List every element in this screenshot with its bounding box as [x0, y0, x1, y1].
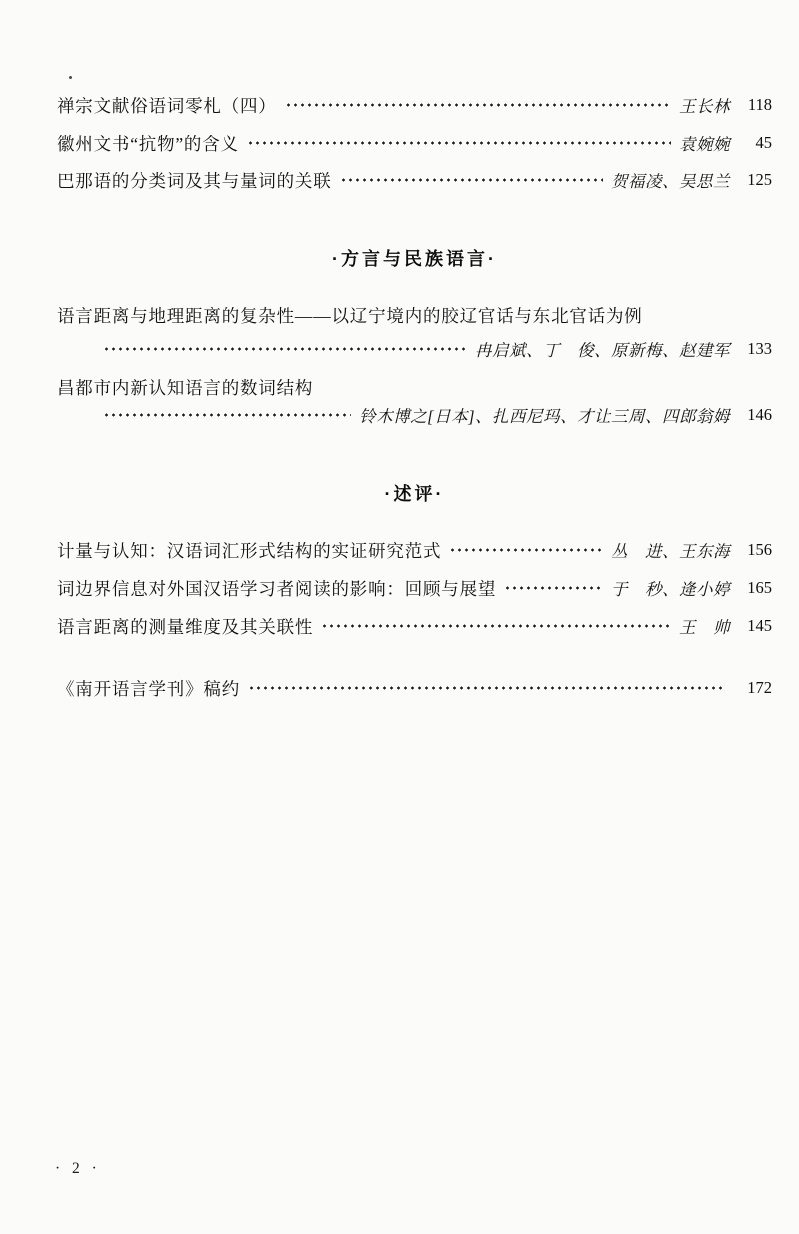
toc-page: 禅宗文献俗语词零札（四） 王长林 118 徽州文书“抗物”的含义 袁婉婉 45 …: [0, 0, 799, 1234]
leader-dots: [504, 576, 603, 600]
toc-item-title: 巴那语的分类词及其与量词的关联: [57, 168, 332, 193]
toc-item-title: 徽州文书“抗物”的含义: [57, 131, 239, 156]
toc-item: 词边界信息对外国汉语学习者阅读的影响：回顾与展望 于 秒、逄小婷 165: [57, 576, 772, 600]
toc-item-authors: 袁婉婉: [679, 131, 730, 155]
toc-item-title: 语言距离与地理距离的复杂性——以辽宁境内的胶辽官话与东北官话为例: [57, 303, 643, 328]
toc-item-authors: 王 帅: [679, 614, 730, 638]
toc-item-authors: 于 秒、逄小婷: [611, 576, 730, 600]
toc-item-page: 118: [730, 95, 772, 115]
leader-dots: [103, 403, 351, 427]
toc-item-page: 172: [730, 678, 772, 698]
toc-item: 巴那语的分类词及其与量词的关联 贺福凌、吴思兰 125: [57, 168, 772, 192]
toc-item: 《南开语言学刊》稿约 172: [57, 676, 772, 700]
page-number-footer: · 2 ·: [55, 1160, 101, 1178]
toc-item-page: 133: [730, 339, 772, 359]
toc-item-page: 156: [730, 540, 772, 560]
toc-item-title: 计量与认知：汉语词汇形式结构的实证研究范式: [57, 538, 441, 563]
toc-item-title: 语言距离的测量维度及其关联性: [57, 614, 313, 639]
toc-item: 计量与认知：汉语词汇形式结构的实证研究范式 丛 进、王东海 156: [57, 538, 772, 562]
toc-item-authors: 铃木博之[日本]、扎西尼玛、才让三周、四郎翁姆: [359, 403, 730, 427]
toc-item: 语言距离与地理距离的复杂性——以辽宁境内的胶辽官话与东北官话为例 冉启斌、丁 俊…: [57, 303, 772, 361]
toc-item-authors: 丛 进、王东海: [611, 538, 730, 562]
toc-content: 禅宗文献俗语词零札（四） 王长林 118 徽州文书“抗物”的含义 袁婉婉 45 …: [57, 0, 772, 700]
leader-dots: [103, 337, 467, 361]
section-header-reviews: ·述评·: [57, 481, 772, 507]
leader-dots: [248, 676, 722, 700]
toc-item: 语言距离的测量维度及其关联性 王 帅 145: [57, 614, 772, 638]
toc-item-title: 禅宗文献俗语词零札（四）: [57, 93, 277, 118]
toc-item-page: 145: [730, 616, 772, 636]
leader-dots: [247, 131, 671, 155]
toc-item: 昌都市内新认知语言的数词结构 铃木博之[日本]、扎西尼玛、才让三周、四郎翁姆 1…: [57, 375, 772, 427]
toc-item-page: 125: [730, 170, 772, 190]
toc-item-page: 45: [730, 133, 772, 153]
leader-dots: [285, 93, 671, 117]
leader-dots: [321, 614, 671, 638]
toc-item-title: 昌都市内新认知语言的数词结构: [57, 375, 313, 400]
toc-item-title: 《南开语言学刊》稿约: [57, 676, 240, 701]
leader-dots: [340, 168, 604, 192]
toc-item-page: 165: [730, 578, 772, 598]
toc-item: 禅宗文献俗语词零札（四） 王长林 118: [57, 93, 772, 117]
toc-item-title: 词边界信息对外国汉语学习者阅读的影响：回顾与展望: [57, 576, 496, 601]
toc-item-authors: 冉启斌、丁 俊、原新梅、赵建军: [475, 337, 730, 361]
leader-dots: [449, 538, 603, 562]
section-header-dialects-minority-languages: ·方言与民族语言·: [57, 246, 772, 272]
toc-item-page: 146: [730, 405, 772, 425]
toc-item-authors: 贺福凌、吴思兰: [611, 168, 730, 192]
toc-item: 徽州文书“抗物”的含义 袁婉婉 45: [57, 131, 772, 155]
toc-item-authors: 王长林: [679, 93, 730, 117]
